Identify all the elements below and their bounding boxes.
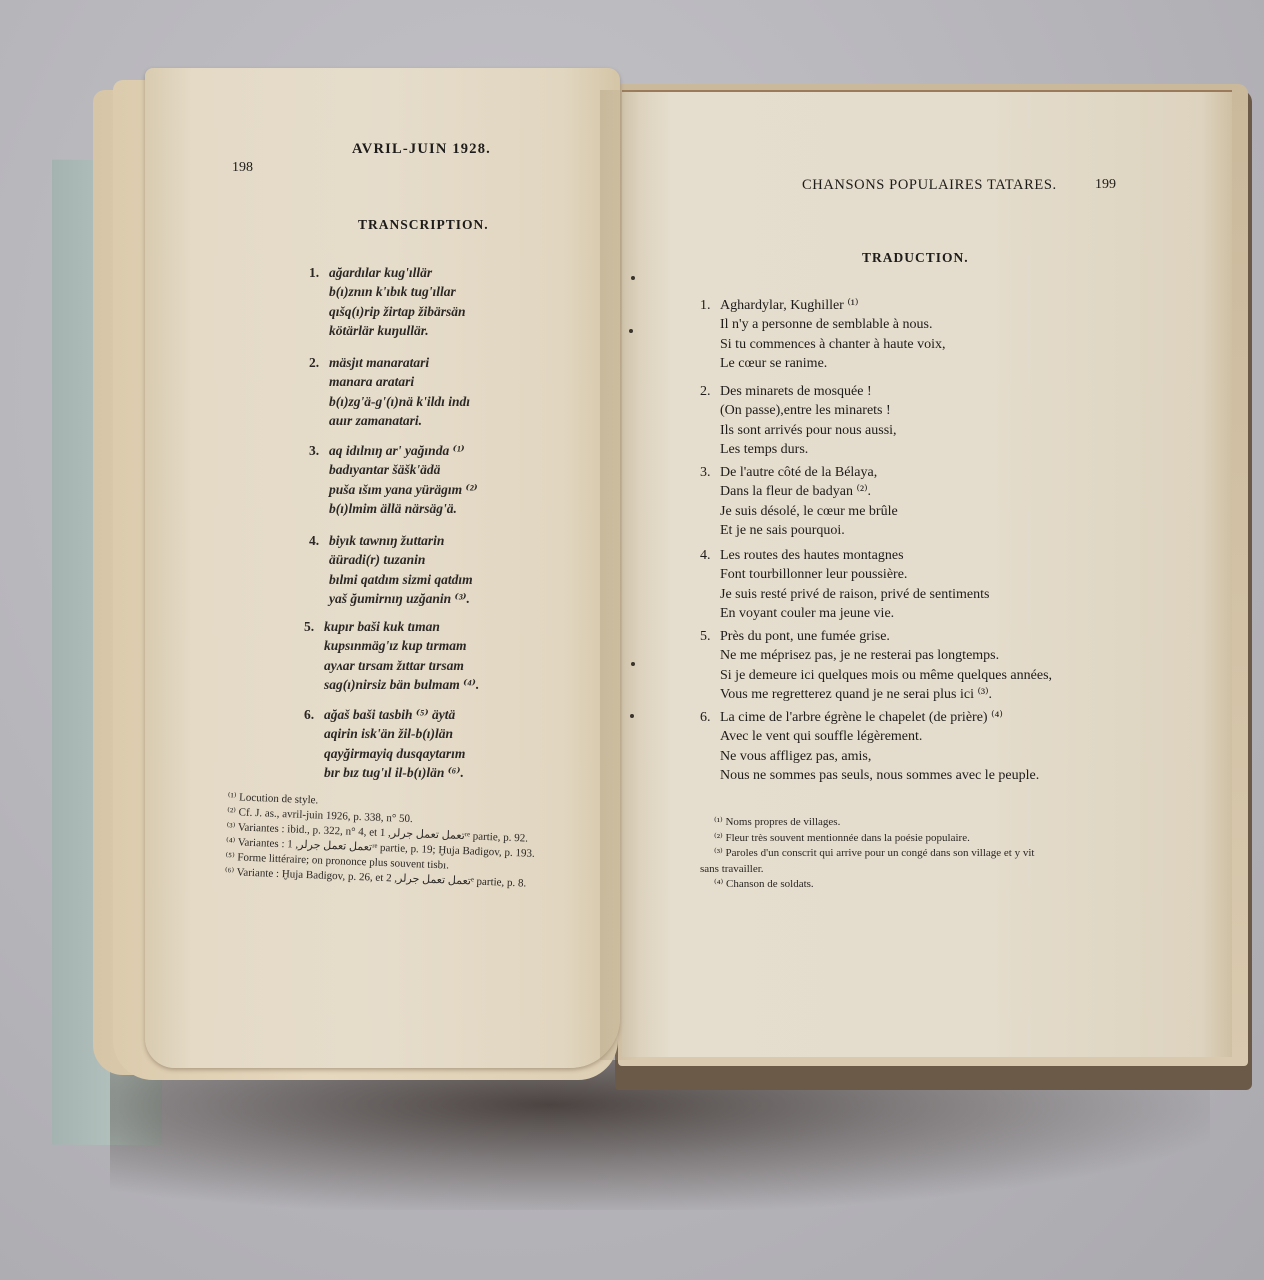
- verse-number: 2.: [309, 353, 329, 372]
- stitch-hole: [631, 662, 635, 666]
- verse-line: ağaš baši tasbih ⁽⁵⁾ äytä: [324, 707, 455, 722]
- verse-line: biyık tawnıŋ žuttarin: [329, 533, 444, 548]
- verse-line: Ne vous affligez pas, amis,: [720, 747, 1039, 766]
- verse-line: Aghardylar, Kughiller ⁽¹⁾: [720, 298, 858, 313]
- verse-number: 2.: [700, 382, 720, 401]
- left-footnotes: ⁽¹⁾ Locution de style. ⁽²⁾ Cf. J. as., a…: [225, 790, 537, 892]
- translation-verse-4: 4.Les routes des hautes montagnes Font t…: [720, 546, 989, 623]
- verse-line: qayğirmayiq dusqaytarım: [324, 744, 465, 763]
- verse-line: qıšq(ı)rip žirtap žibärsän: [329, 302, 466, 321]
- verse-line: ayʌar tırsam žıttar tırsam: [324, 656, 479, 675]
- translation-verse-6: 6.La cime de l'arbre égrène le chapelet …: [720, 708, 1039, 785]
- transcription-verse-3: 3.aq idılnıŋ ar' yağında ⁽¹⁾ badıyantar …: [329, 441, 478, 518]
- verse-line: En voyant couler ma jeune vie.: [720, 604, 989, 623]
- gutter-shadow: [600, 90, 640, 1060]
- verse-line: Si tu commences à chanter à haute voix,: [720, 335, 945, 354]
- verse-line: kötärlär kuŋullär.: [329, 321, 466, 340]
- verse-line: Des minarets de mosquée !: [720, 384, 872, 399]
- verse-line: Ne me méprisez pas, je ne resterai pas l…: [720, 646, 1052, 665]
- verse-line: bır bız tug'ıl il-b(ı)län ⁽⁶⁾.: [324, 763, 465, 782]
- verse-line: puša ıšım yana yürägım ⁽²⁾: [329, 480, 478, 499]
- verse-number: 5.: [304, 617, 324, 636]
- verse-line: b(ı)lmim ällä närsäg'ä.: [329, 499, 478, 518]
- verse-number: 4.: [700, 546, 720, 565]
- verse-line: manara aratari: [329, 372, 470, 391]
- verse-line: kupsınmäg'ız kup tırmam: [324, 636, 479, 655]
- footnote: ⁽³⁾ Paroles d'un conscrit qui arrive pou…: [700, 846, 1130, 862]
- verse-number: 6.: [700, 708, 720, 727]
- verse-line: aqirin isk'än žil-b(ı)län: [324, 724, 465, 743]
- verse-line: De l'autre côté de la Bélaya,: [720, 465, 877, 480]
- left-running-head: AVRIL-JUIN 1928.: [352, 141, 491, 158]
- footnote: ⁽⁴⁾ Chanson de soldats.: [700, 877, 1130, 893]
- translation-verse-2: 2.Des minarets de mosquée ! (On passe),e…: [720, 382, 897, 459]
- translation-verse-1: 1.Aghardylar, Kughiller ⁽¹⁾ Il n'y a per…: [720, 296, 945, 373]
- verse-line: äüradi(r) tuzanin: [329, 550, 473, 569]
- verse-line: aq idılnıŋ ar' yağında ⁽¹⁾: [329, 443, 465, 458]
- verse-line: badıyantar šäšk'ädä: [329, 460, 478, 479]
- verse-line: Font tourbillonner leur poussière.: [720, 565, 989, 584]
- verse-number: 4.: [309, 531, 329, 550]
- verse-line: La cime de l'arbre égrène le chapelet (d…: [720, 710, 1003, 725]
- verse-line: ağardılar kug'ıllär: [329, 265, 432, 280]
- verse-number: 3.: [700, 463, 720, 482]
- transcription-verse-1: 1.ağardılar kug'ıllär b(ı)znın k'ıbık tu…: [329, 263, 466, 340]
- verse-number: 3.: [309, 441, 329, 460]
- verse-line: (On passe),entre les minarets !: [720, 401, 897, 420]
- verse-line: sag(ı)nirsiz bän bulmam ⁽⁴⁾.: [324, 675, 479, 694]
- verse-line: Nous ne sommes pas seuls, nous sommes av…: [720, 766, 1039, 785]
- verse-line: yaš ğumirnıŋ uzğanin ⁽³⁾.: [329, 589, 473, 608]
- right-footnotes: ⁽¹⁾ Noms propres de villages. ⁽²⁾ Fleur …: [700, 815, 1130, 893]
- verse-number: 6.: [304, 705, 324, 724]
- stitch-hole: [630, 714, 634, 718]
- footnote-continuation: sans travailler.: [700, 862, 1130, 878]
- transcription-verse-4: 4.biyık tawnıŋ žuttarin äüradi(r) tuzani…: [329, 531, 473, 608]
- stitch-hole: [629, 329, 633, 333]
- translation-verse-5: 5.Près du pont, une fumée grise. Ne me m…: [720, 627, 1052, 704]
- traduction-title: TRADUCTION.: [862, 250, 969, 266]
- stitch-hole: [631, 276, 635, 280]
- transcription-verse-2: 2.mäsjıt manaratari manara aratari b(ı)z…: [329, 353, 470, 430]
- verse-line: Il n'y a personne de semblable à nous.: [720, 315, 945, 334]
- verse-number: 1.: [700, 296, 720, 315]
- verse-line: bılmi qatdım sizmi qatdım: [329, 570, 473, 589]
- verse-line: Les temps durs.: [720, 440, 897, 459]
- verse-line: Avec le vent qui souffle légèrement.: [720, 727, 1039, 746]
- verse-line: b(ı)zg'ä-g'(ı)nä k'ildı indı: [329, 392, 470, 411]
- verse-line: Et je ne sais pourquoi.: [720, 521, 898, 540]
- transcription-title: TRANSCRIPTION.: [358, 217, 489, 233]
- right-page-number: 199: [1095, 177, 1116, 193]
- verse-line: b(ı)znın k'ıbık tug'ıllar: [329, 282, 466, 301]
- right-running-head: CHANSONS POPULAIRES TATARES.: [802, 177, 1057, 194]
- footnote: ⁽²⁾ Fleur très souvent mentionnée dans l…: [700, 831, 1130, 847]
- transcription-verse-5: 5.kupır baši kuk tıman kupsınmäg'ız kup …: [324, 617, 479, 694]
- verse-line: Près du pont, une fumée grise.: [720, 629, 890, 644]
- verse-line: Ils sont arrivés pour nous aussi,: [720, 421, 897, 440]
- verse-line: Vous me regretterez quand je ne serai pl…: [720, 685, 1052, 704]
- left-page-number: 198: [232, 160, 253, 176]
- transcription-verse-6: 6.ağaš baši tasbih ⁽⁵⁾ äytä aqirin isk'ä…: [324, 705, 465, 782]
- verse-line: Le cœur se ranime.: [720, 354, 945, 373]
- verse-line: Dans la fleur de badyan ⁽²⁾.: [720, 482, 898, 501]
- translation-verse-3: 3.De l'autre côté de la Bélaya, Dans la …: [720, 463, 898, 540]
- verse-line: mäsjıt manaratari: [329, 355, 429, 370]
- verse-number: 1.: [309, 263, 329, 282]
- verse-line: auır zamanatari.: [329, 411, 470, 430]
- footnote: ⁽¹⁾ Noms propres de villages.: [700, 815, 1130, 831]
- verse-line: Si je demeure ici quelques mois ou même …: [720, 666, 1052, 685]
- verse-line: Les routes des hautes montagnes: [720, 548, 904, 563]
- verse-line: Je suis désolé, le cœur me brûle: [720, 502, 898, 521]
- verse-line: kupır baši kuk tıman: [324, 619, 440, 634]
- verse-number: 5.: [700, 627, 720, 646]
- verse-line: Je suis resté privé de raison, privé de …: [720, 585, 989, 604]
